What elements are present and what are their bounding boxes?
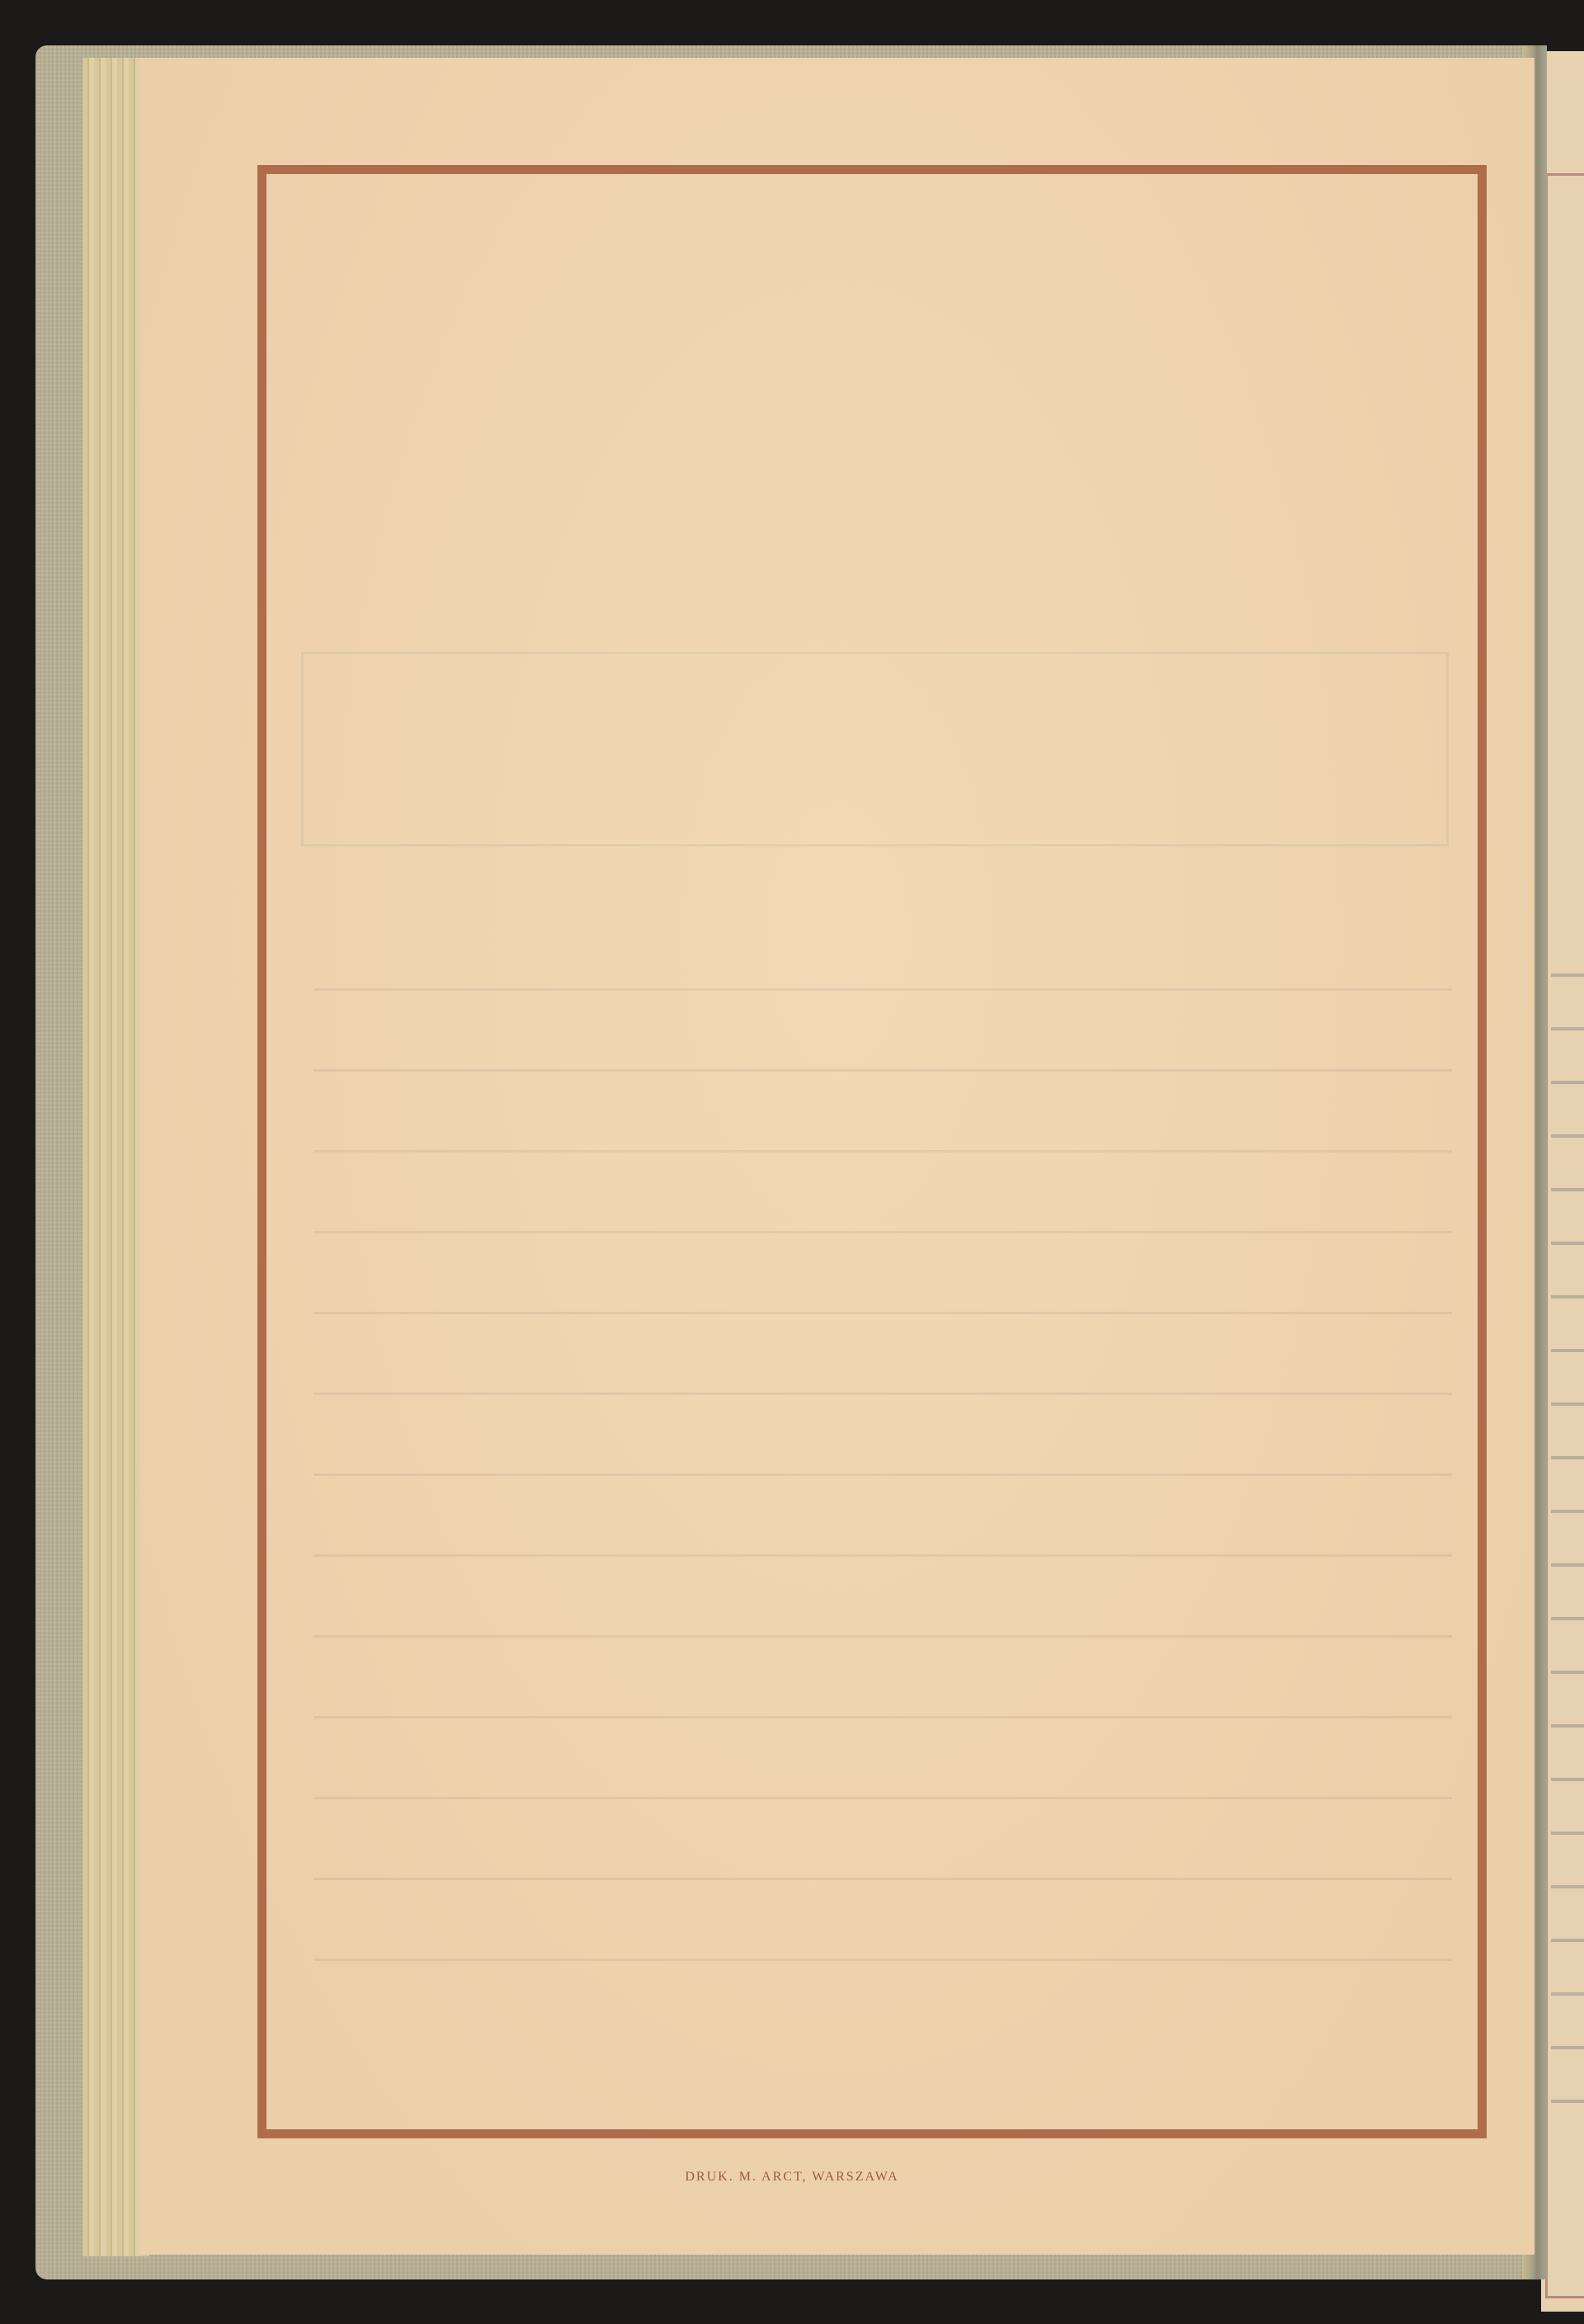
bleed-through-handwriting [313, 949, 1452, 2021]
page-edges [82, 58, 148, 2256]
adjacent-page-handwriting [1551, 949, 1584, 2104]
bleed-through-table [301, 652, 1449, 846]
printer-imprint: DRUK. M. ARCT, WARSZAWA [0, 2170, 1584, 2185]
